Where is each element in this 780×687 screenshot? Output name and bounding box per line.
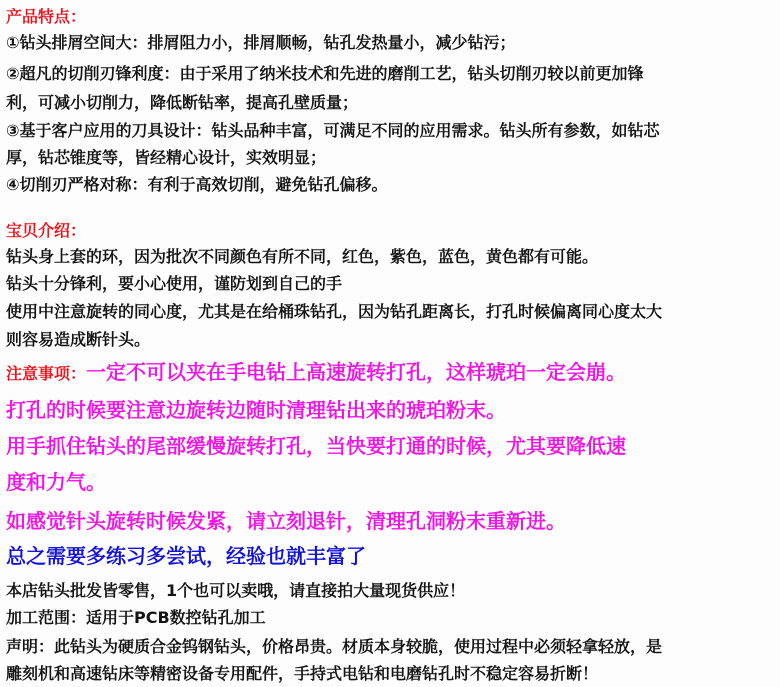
product-description: 产品特点： ①钻头排屑空间大：排屑阻力小，排屑顺畅，钻孔发热量小，减少钻污； ②… (0, 0, 780, 687)
footer-line: 加工范围：适用于PCB数控钻孔加工 (6, 605, 266, 628)
footer-line: 雕刻机和高速钻床等精密设备专用配件，手持式电钻和电磨钻孔时不稳定容易折断！ (6, 661, 598, 684)
intro-heading: 宝贝介绍： (6, 218, 86, 241)
notes-label: 注意事项： (6, 364, 86, 383)
feature-line: 厚，钻芯锥度等，皆经精心设计，实效明显； (6, 145, 326, 168)
intro-line: 使用中注意旋转的同心度，尤其是在给桶珠钻孔，因为钻孔距离长，打孔时候偏离同心度太… (6, 299, 662, 322)
notes-summary: 总之需要多练习多尝试，经验也就丰富了 (6, 540, 366, 569)
footer-line: 声明：此钻头为硬质合金钨钢钻头，价格昂贵。材质本身较脆，使用过程中必须轻拿轻放，… (6, 634, 662, 657)
feature-line: 利，可减小切削力，降低断钻率，提高孔壁质量； (6, 90, 358, 113)
intro-line: 钻头十分锋利，要小心使用，谨防划到自己的手 (6, 271, 342, 294)
notes-warning: 一定不可以夹在手电钻上高速旋转打孔，这样琥珀一定会崩。 (86, 360, 626, 384)
features-heading: 产品特点： (6, 4, 86, 27)
feature-line: ①钻头排屑空间大：排屑阻力小，排屑顺畅，钻孔发热量小，减少钻污； (6, 30, 516, 53)
intro-line: 钻头身上套的环，因为批次不同颜色有所不同，红色，紫色，蓝色，黄色都有可能。 (6, 244, 598, 267)
notes-line: 打孔的时候要注意边旋转边随时清理钻出来的琥珀粉末。 (6, 394, 506, 423)
notes-line: 用手抓住钻头的尾部缓慢旋转打孔，当快要打通的时候，尤其要降低速 (6, 430, 626, 459)
intro-line: 则容易造成断针头。 (6, 327, 150, 350)
notes-line: 度和力气。 (6, 466, 106, 495)
feature-line: ③基于客户应用的刀具设计：钻头品种丰富，可满足不同的应用需求。钻头所有参数，如钻… (6, 118, 660, 141)
feature-line: ②超凡的切削刃锋利度：由于采用了纳米技术和先进的磨削工艺，钻头切削刃较以前更加锋 (6, 61, 644, 84)
footer-line: 本店钻头批发皆零售，1个也可以卖哦，请直接拍大量现货供应！ (6, 578, 465, 601)
notes-first-line: 注意事项：一定不可以夹在手电钻上高速旋转打孔，这样琥珀一定会崩。 (6, 356, 626, 385)
notes-line: 如感觉针头旋转时候发紧，请立刻退针，清理孔洞粉末重新进。 (6, 505, 566, 534)
feature-line: ④切削刃严格对称：有利于高效切削，避免钻孔偏移。 (6, 172, 388, 195)
